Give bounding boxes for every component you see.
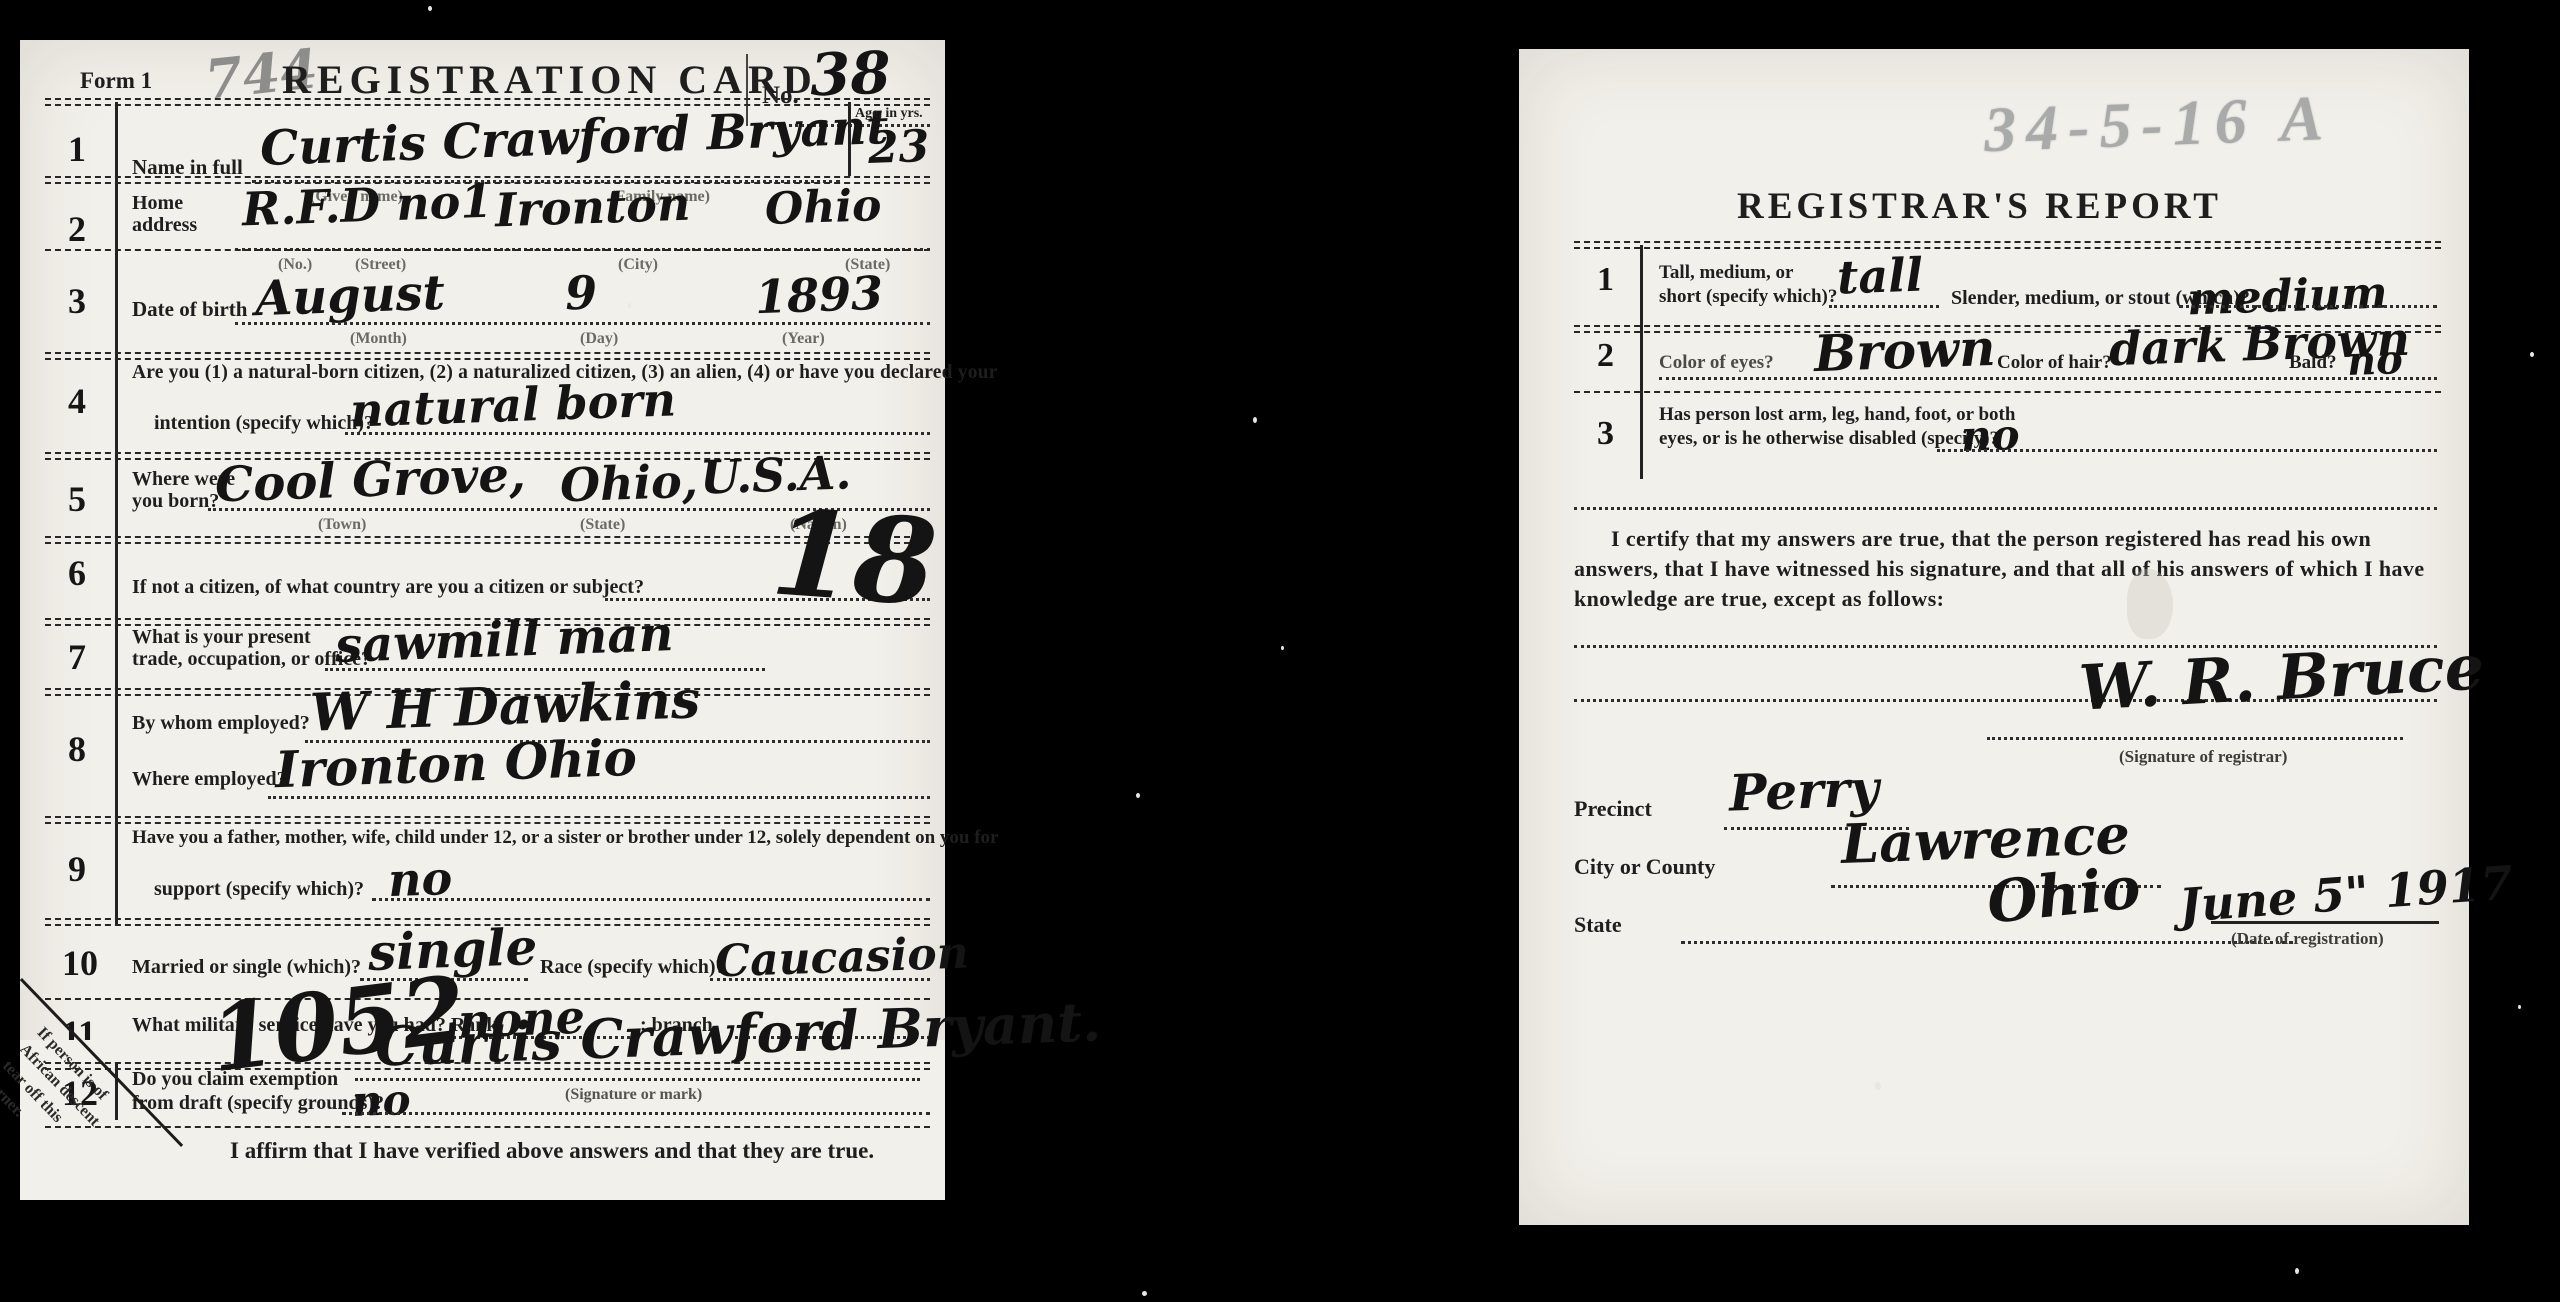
not-citizen-question: If not a citizen, of what country are yo… (132, 576, 644, 598)
state-label: State (1574, 913, 1622, 937)
dust-speck (1281, 646, 1284, 650)
age-box-divider (848, 102, 851, 176)
form-number-label: Form 1 (80, 68, 152, 93)
african-descent-corner-note: If person is of African descent tear off… (0, 1022, 122, 1166)
citizen-answer: natural born (349, 372, 677, 437)
day-sublabel: (Day) (580, 330, 618, 348)
dob-label: Date of birth (132, 298, 247, 321)
dust-speck (2530, 352, 2534, 357)
by-whom-employed-label: By whom employed? (132, 712, 310, 734)
dotted-line (1987, 737, 2403, 740)
row5-number: 5 (68, 478, 86, 520)
address-no-street: R.F.D no1 (241, 174, 493, 237)
state-value: Ohio (1984, 853, 2144, 937)
date-of-registration-sublabel: (Date of registration) (2231, 929, 2384, 949)
eye-color-label: Color of eyes? (1659, 353, 1774, 374)
bald-label: Bald? (2289, 353, 2337, 374)
dust-speck (701, 93, 705, 99)
home-label: Home (132, 192, 183, 214)
age-value: 23 (867, 121, 930, 174)
certify-line2: answers, that I have witnessed his signa… (1574, 557, 2425, 581)
age-label: Age, in yrs. (855, 106, 923, 121)
height-value: tall (1836, 248, 1924, 305)
disability-value: no (1960, 410, 2020, 461)
dotted-line (355, 1078, 920, 1081)
where-employed-label: Where employed? (132, 768, 287, 790)
dotted-line (345, 432, 930, 435)
citizen-question-line2: intention (specify which)? (154, 412, 374, 434)
dob-year: 1893 (754, 266, 884, 324)
dotted-line (1574, 507, 2437, 510)
dotted-line (1937, 449, 2437, 452)
card-title: REGISTRATION CARD (282, 58, 818, 102)
header-rule (1574, 241, 2441, 249)
row6-number: 6 (68, 552, 86, 594)
dotted-line (1659, 377, 2437, 380)
row9-number: 9 (68, 848, 86, 890)
row4-number: 4 (68, 380, 86, 422)
height-label-line2: short (specify which)? (1659, 287, 1837, 308)
signature-area: 1052 Curtis Crawford Bryant. (Signature … (20, 960, 945, 1200)
file-number-stamp: 34-5-16 A (1983, 83, 2334, 166)
dust-speck (628, 303, 631, 308)
dust-speck (1136, 793, 1140, 798)
certify-line3: knowledge are true, except as follows: (1574, 587, 1944, 611)
date-line (2211, 921, 2439, 924)
dust-speck (2295, 1268, 2299, 1274)
dependents-question-line1: Have you a father, mother, wife, child u… (132, 828, 998, 849)
trade-value: sawmill man (334, 606, 674, 674)
dotted-line (268, 796, 930, 799)
eye-color-value: Brown (1813, 318, 1996, 383)
signature-or-mark-sublabel: (Signature or mark) (565, 1086, 702, 1104)
row3-number: 3 (68, 280, 86, 322)
where-employed-value: Ironton Ohio (274, 728, 638, 800)
born-state: Ohio, (559, 454, 698, 513)
row1-number: 1 (68, 128, 86, 170)
number-column-rule (1640, 245, 1643, 479)
city-or-county-label: City or County (1574, 855, 1715, 879)
number-column-rule (115, 102, 118, 926)
born-label-line2: you born? (132, 490, 219, 512)
dust-speck (1875, 1082, 1881, 1090)
dob-month: August (254, 265, 446, 328)
report-row3-number: 3 (1597, 415, 1614, 453)
address-label: address (132, 214, 197, 236)
dotted-line (1829, 305, 1939, 308)
city-sublabel: (City) (618, 256, 658, 274)
dotted-line (372, 898, 930, 901)
scanned-draft-registration-document: Form 1 744 REGISTRATION CARD No. 38 1 Na… (0, 0, 2560, 1302)
dust-speck (1253, 417, 1257, 423)
dotted-line (1681, 941, 2293, 944)
row-rule (45, 245, 930, 251)
dependents-question-line2: support (specify which)? (154, 878, 364, 900)
dust-speck (428, 6, 432, 11)
born-town: Cool Grove, (214, 447, 526, 514)
address-city: Ironton (494, 177, 691, 238)
height-label-line1: Tall, medium, or (1659, 263, 1793, 284)
dob-day: 9 (564, 265, 598, 320)
dust-speck (1142, 1291, 1147, 1296)
state-sublabel-2: (State) (580, 516, 625, 534)
disability-label-line2: eyes, or is he otherwise disabled (speci… (1659, 429, 1999, 450)
row-rule (45, 816, 930, 824)
paper-smudge (2127, 569, 2173, 639)
row-rule (45, 352, 930, 360)
signature-of-registrar-sublabel: (Signature of registrar) (2119, 747, 2287, 767)
dotted-line (2179, 305, 2437, 308)
registrant-signature: Curtis Crawford Bryant. (374, 989, 1102, 1078)
registrars-report-card: 34-5-16 A REGISTRAR'S REPORT 1 Tall, med… (1519, 49, 2469, 1225)
dotted-line (235, 322, 930, 325)
year-sublabel: (Year) (782, 330, 825, 348)
name-value: Curtis Crawford Bryant (259, 99, 889, 177)
town-sublabel: (Town) (318, 516, 366, 534)
row8-number: 8 (68, 728, 86, 770)
row2-number: 2 (68, 208, 86, 250)
trade-label-line1: What is your present (132, 626, 311, 648)
big-18-overlay: 18 (767, 482, 941, 632)
report-title: REGISTRAR'S REPORT (1737, 187, 2222, 228)
precinct-label: Precinct (1574, 797, 1652, 821)
hair-color-label: Color of hair? (1997, 353, 2112, 374)
row7-number: 7 (68, 636, 86, 678)
month-sublabel: (Month) (350, 330, 407, 348)
report-row1-number: 1 (1597, 261, 1614, 299)
report-row2-number: 2 (1597, 337, 1614, 375)
row-rule (1574, 391, 2441, 397)
dust-speck (2518, 1005, 2521, 1009)
certify-line1: I certify that my answers are true, that… (1611, 527, 2371, 551)
address-state: Ohio (764, 180, 882, 235)
